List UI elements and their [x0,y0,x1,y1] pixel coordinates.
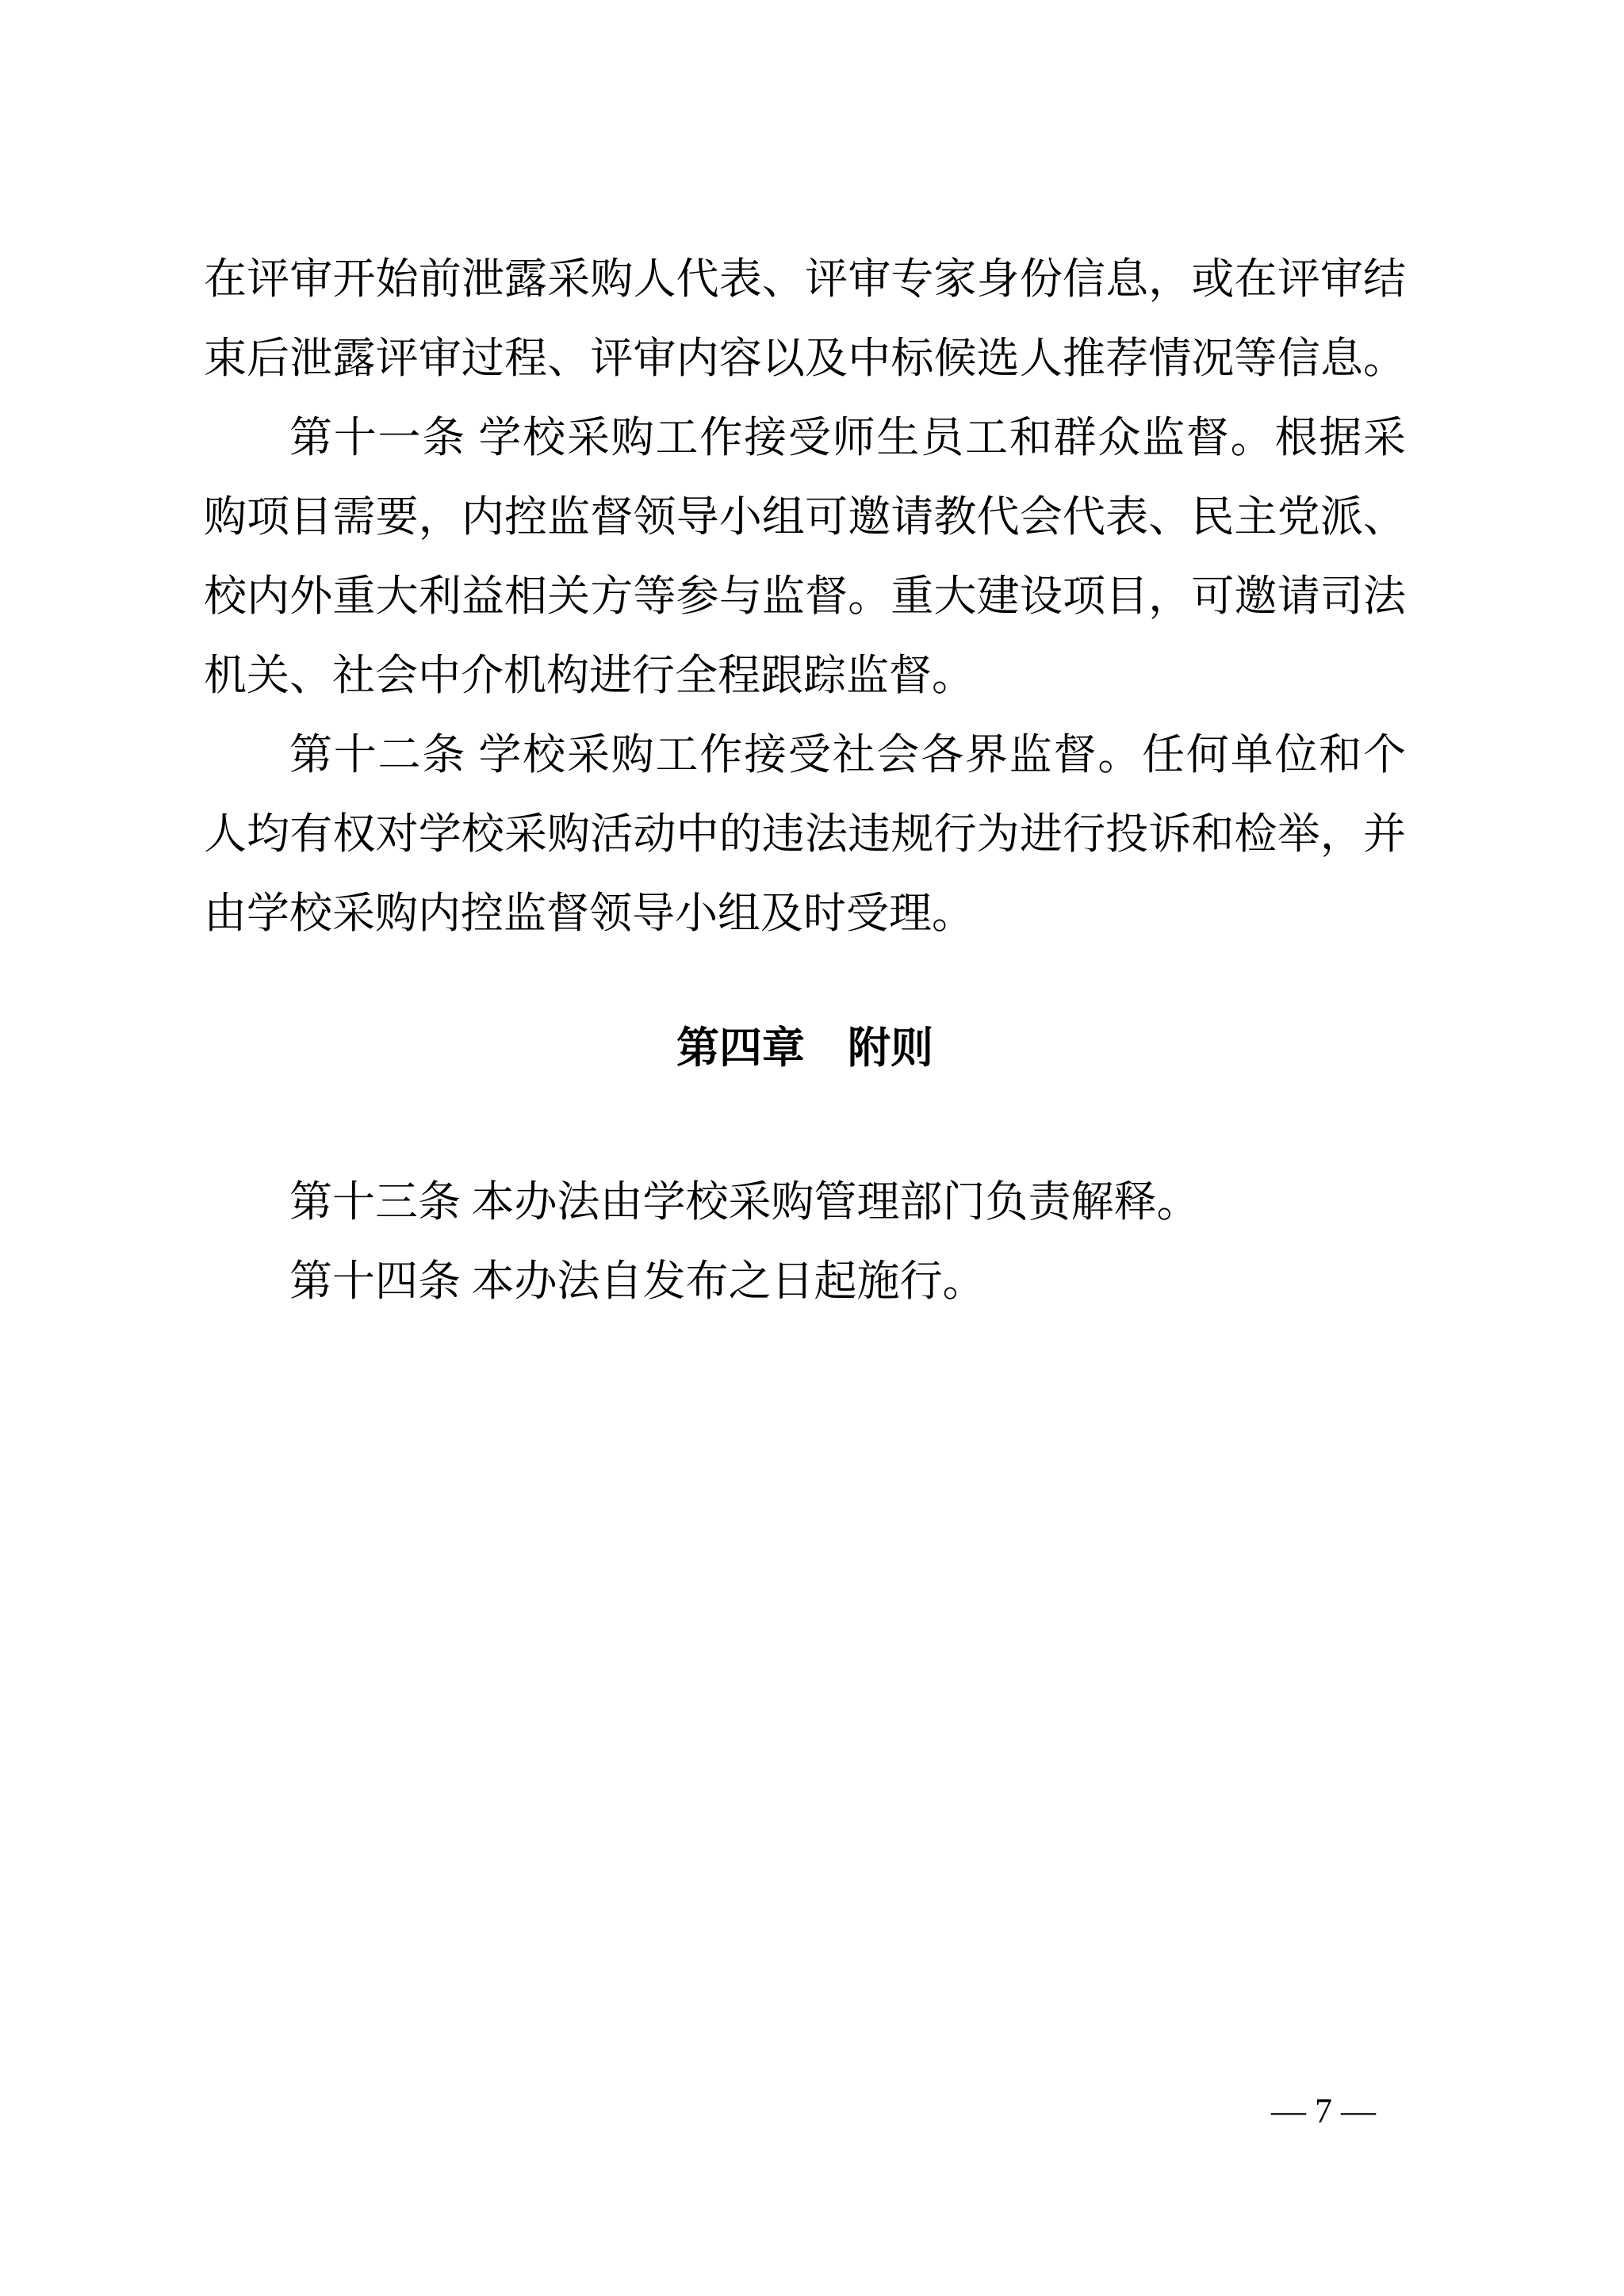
document-page: 在评审开始前泄露采购人代表、评审专家身份信息，或在评审结 束后泄露评审过程、评审… [0,0,1624,2296]
paragraph-line: 在评审开始前泄露采购人代表、评审专家身份信息，或在评审结 [204,239,1406,319]
article-11-line: 第十一条 学校采购工作接受师生员工和群众监督。根据采 [204,398,1406,477]
paragraph-line: 购项目需要，内控监督领导小组可邀请教代会代表、民主党派、 [204,477,1406,557]
paragraph-line: 人均有权对学校采购活动中的违法违规行为进行投诉和检举，并 [204,794,1406,874]
paragraph-line: 校内外重大利益相关方等参与监督。重大建设项目，可邀请司法 [204,557,1406,636]
page-number: — 7 — [1271,2087,1376,2135]
article-14-line: 第十四条 本办法自发布之日起施行。 [204,1242,1406,1321]
paragraph-line: 由学校采购内控监督领导小组及时受理。 [204,874,1406,953]
document-body: 在评审开始前泄露采购人代表、评审专家身份信息，或在评审结 束后泄露评审过程、评审… [204,239,1406,1321]
paragraph-line: 机关、社会中介机构进行全程跟踪监督。 [204,636,1406,715]
article-13-line: 第十三条 本办法由学校采购管理部门负责解释。 [204,1162,1406,1242]
paragraph-line: 束后泄露评审过程、评审内容以及中标候选人推荐情况等信息。 [204,319,1406,398]
article-12-line: 第十二条 学校采购工作接受社会各界监督。任何单位和个 [204,715,1406,794]
chapter-heading: 第四章 附则 [204,1008,1406,1088]
